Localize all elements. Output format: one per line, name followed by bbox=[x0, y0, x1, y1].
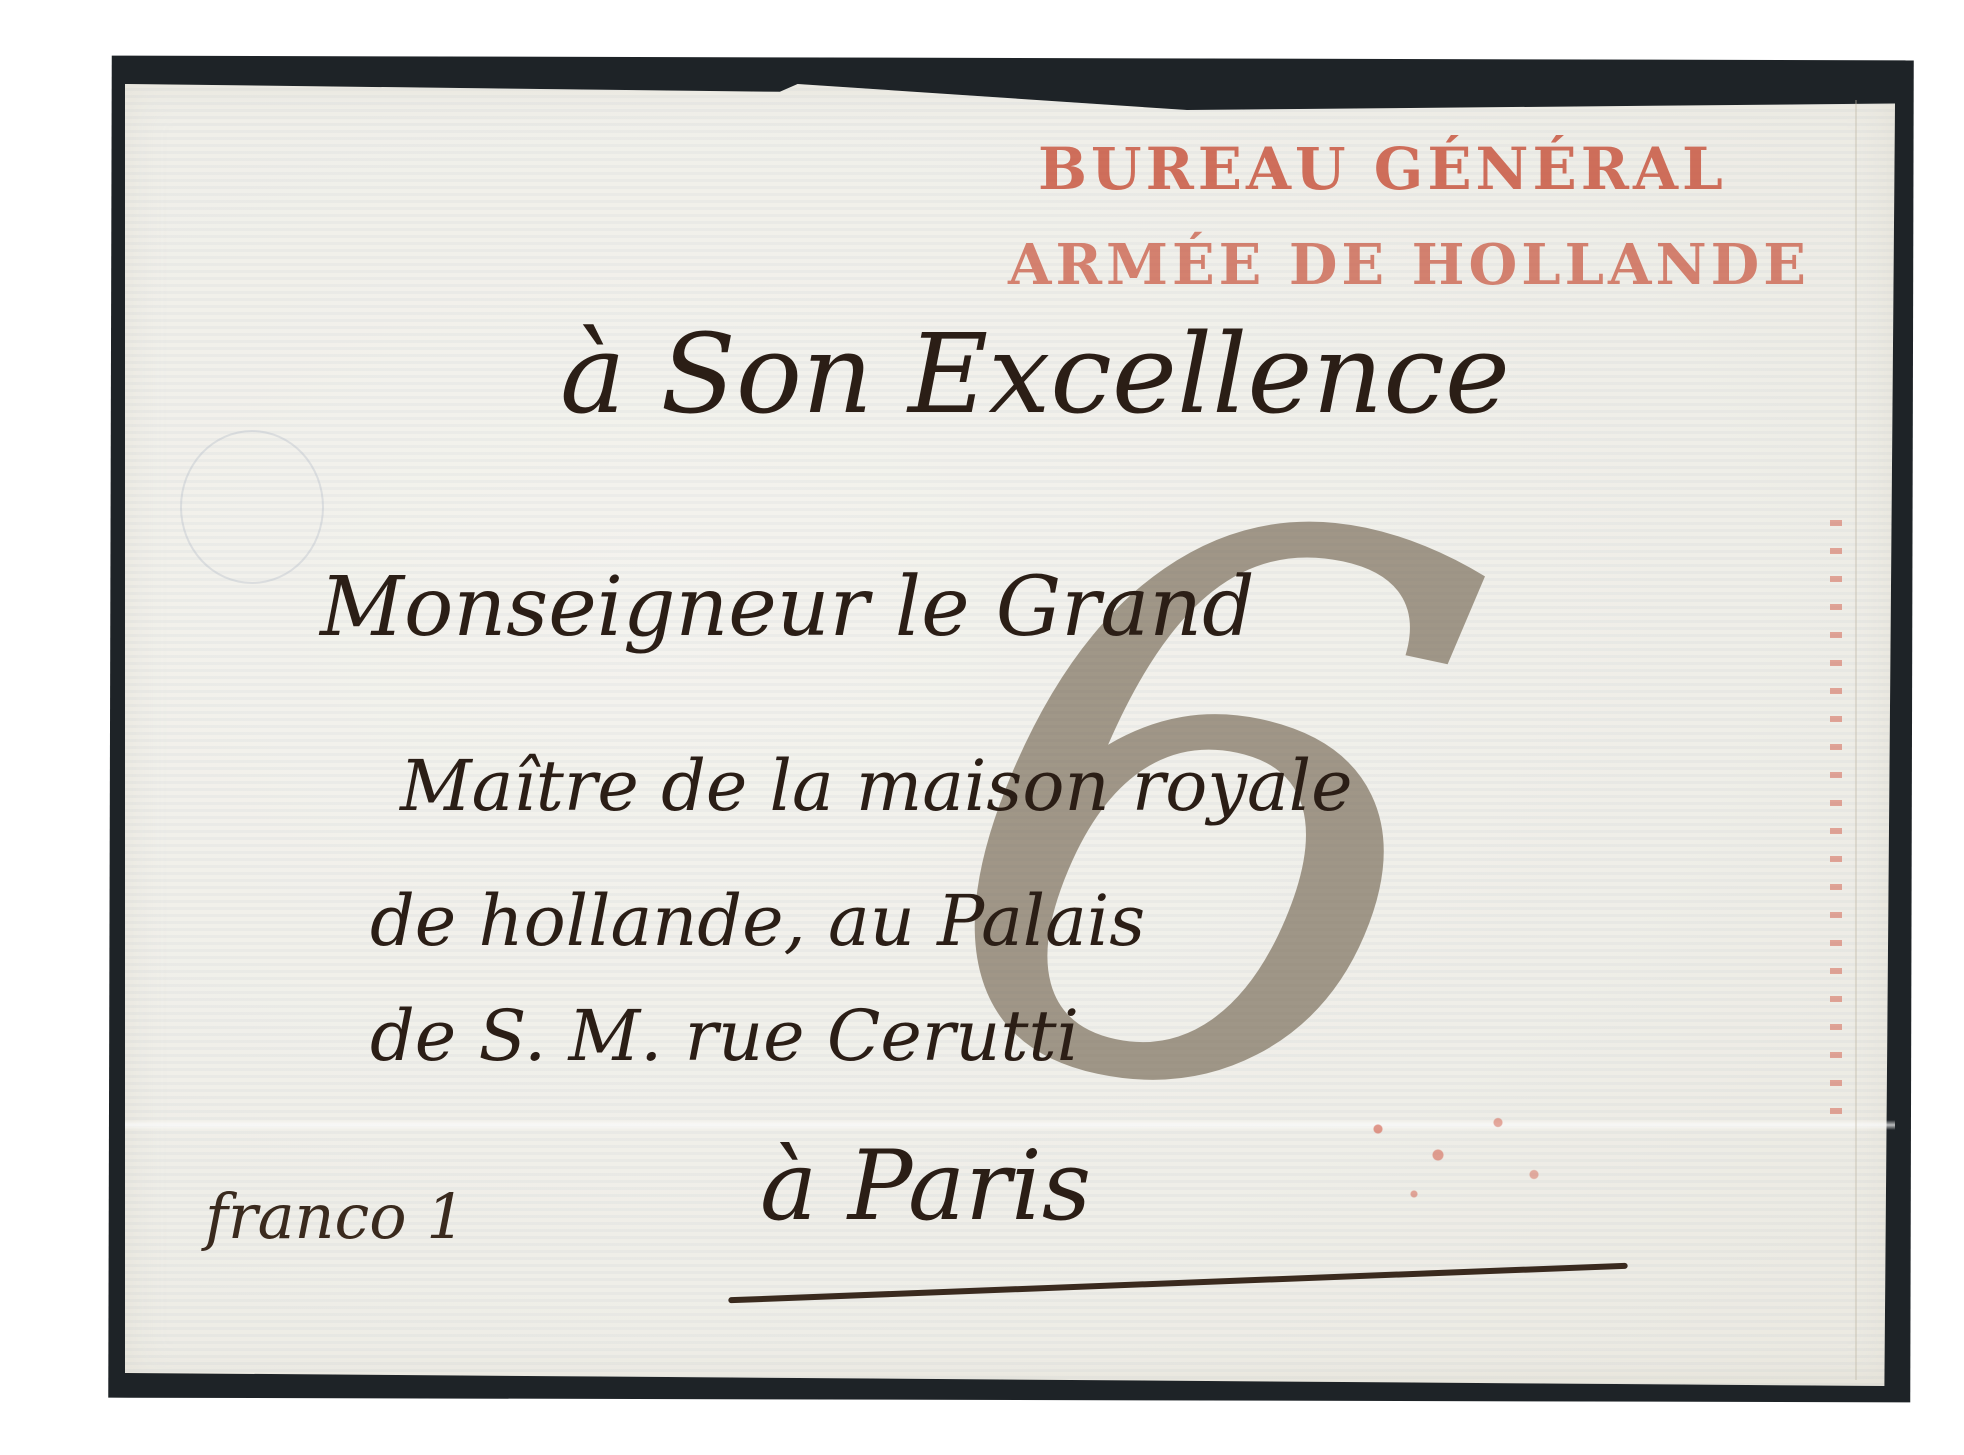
red-ink-edge-marks bbox=[1830, 520, 1842, 1120]
vertical-fold-crease bbox=[1855, 100, 1857, 1380]
address-line-4: de S. M. rue Cerutti bbox=[370, 995, 1079, 1077]
postal-stamp-line-1: BUREAU GÉNÉRAL bbox=[1038, 135, 1727, 203]
faint-offset-postmark bbox=[180, 430, 324, 584]
franking-note: franco 1 bbox=[205, 1180, 466, 1253]
postal-stamp-line-2: ARMÉE DE HOLLANDE bbox=[1008, 232, 1810, 298]
address-salutation: à Son Excellence bbox=[560, 310, 1510, 438]
address-city: à Paris bbox=[760, 1130, 1091, 1242]
address-line-2: Maître de la maison royale bbox=[400, 745, 1353, 827]
address-line-1: Monseigneur le Grand bbox=[320, 560, 1255, 655]
address-line-3: de hollande, au Palais bbox=[370, 880, 1145, 962]
